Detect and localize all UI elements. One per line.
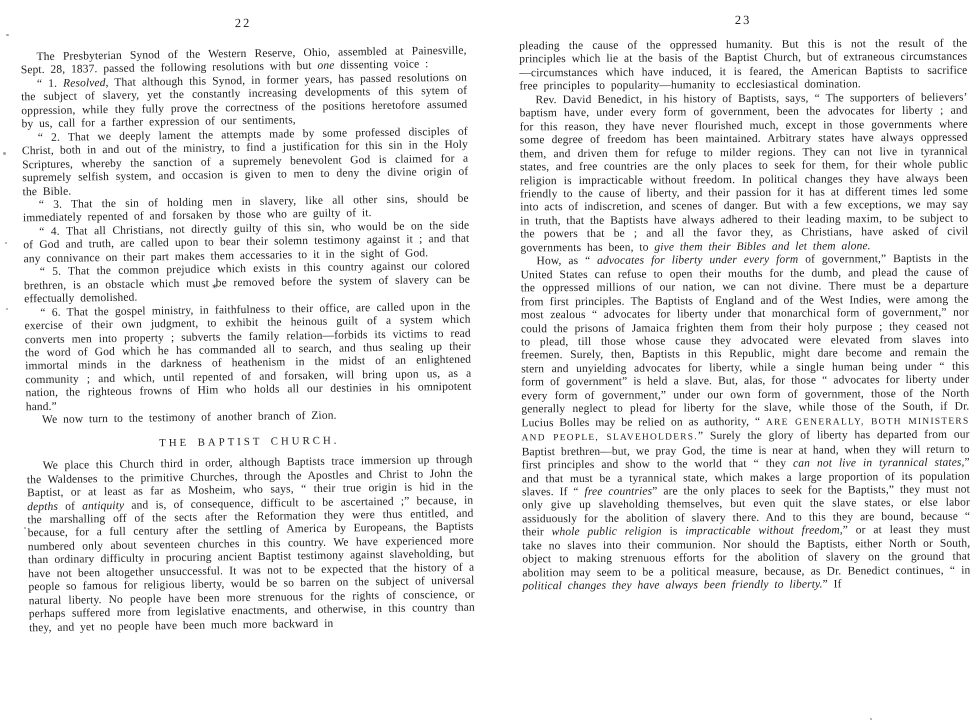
paragraph: “ 2. That we deeply lament the attempts … bbox=[22, 125, 469, 199]
text-run: advocates for liberty under every form bbox=[597, 254, 798, 267]
text-run: “ 2. That we deeply lament the attempts … bbox=[22, 125, 469, 197]
text-run: give them their Bibles and let them alon… bbox=[654, 240, 870, 253]
text-run: antiquity bbox=[82, 499, 124, 512]
text-run: pleading the cause of the oppressed huma… bbox=[519, 38, 967, 93]
section-heading: THE BAPTIST CHURCH. bbox=[26, 432, 472, 452]
text-run: depths bbox=[27, 500, 58, 512]
text-run: can not live in tyrannical states, bbox=[793, 457, 965, 470]
page-23-text-column: pleading the cause of the oppressed huma… bbox=[519, 38, 970, 594]
scan-speck bbox=[870, 718, 872, 720]
text-run: is bbox=[662, 526, 686, 538]
scan-speck bbox=[6, 308, 8, 310]
paragraph: “ 1. Resolved, That although this Synod,… bbox=[21, 72, 468, 132]
paragraph: We place this Church third in order, alt… bbox=[27, 454, 476, 635]
text-run: We place this Church third in order, alt… bbox=[27, 454, 473, 500]
text-run: “ 5. That the common prejudice which exi… bbox=[24, 260, 470, 306]
footnote-asterisk: * bbox=[212, 282, 218, 294]
page-22: 22 The Presbyterian Synod of the Western… bbox=[20, 13, 475, 636]
text-run: “ 6. That the gospel ministry, in faithf… bbox=[24, 300, 471, 413]
paragraph: pleading the cause of the oppressed huma… bbox=[519, 38, 967, 95]
scan-speck bbox=[3, 152, 6, 155]
text-run: of government,” Baptists in the United S… bbox=[521, 253, 970, 429]
text-run: whole public religion bbox=[552, 526, 662, 539]
text-run: “ 4. That all Christians, not directly g… bbox=[23, 220, 469, 266]
page-23: 23 pleading the cause of the oppressed h… bbox=[519, 12, 971, 594]
text-run: one bbox=[317, 60, 334, 72]
text-run: How, as “ bbox=[536, 255, 597, 267]
text-run: political changes they have always been … bbox=[522, 579, 822, 593]
scan-speck bbox=[24, 527, 26, 529]
paragraph: “ 5. That the common prejudice which exi… bbox=[24, 260, 471, 307]
text-run: and is, of consequence, difficult to be … bbox=[27, 494, 475, 634]
text-run: impracticable without freedom, bbox=[685, 525, 843, 538]
paragraph: “ 4. That all Christians, not directly g… bbox=[23, 220, 470, 267]
text-run: “ 1. bbox=[37, 78, 63, 90]
text-run: Resolved bbox=[63, 77, 106, 90]
text-run: dissenting voice : bbox=[334, 59, 428, 72]
page-number-right: 23 bbox=[519, 12, 967, 30]
text-run: ” If bbox=[823, 579, 842, 591]
paragraph: “ 6. That the gospel ministry, in faithf… bbox=[24, 300, 472, 414]
page-22-text-column: The Presbyterian Synod of the Western Re… bbox=[20, 45, 475, 636]
paragraph: Rev. David Benedict, in his history of B… bbox=[519, 91, 968, 255]
text-run: of bbox=[58, 500, 82, 512]
text-run: free countries bbox=[584, 486, 652, 498]
text-run: Rev. David Benedict, in his history of B… bbox=[520, 91, 969, 254]
paragraph: How, as “ advocates for liberty under ev… bbox=[520, 253, 970, 594]
scan-speck bbox=[5, 242, 7, 244]
scan-speck bbox=[6, 34, 9, 36]
page-number-left: 22 bbox=[20, 13, 466, 35]
